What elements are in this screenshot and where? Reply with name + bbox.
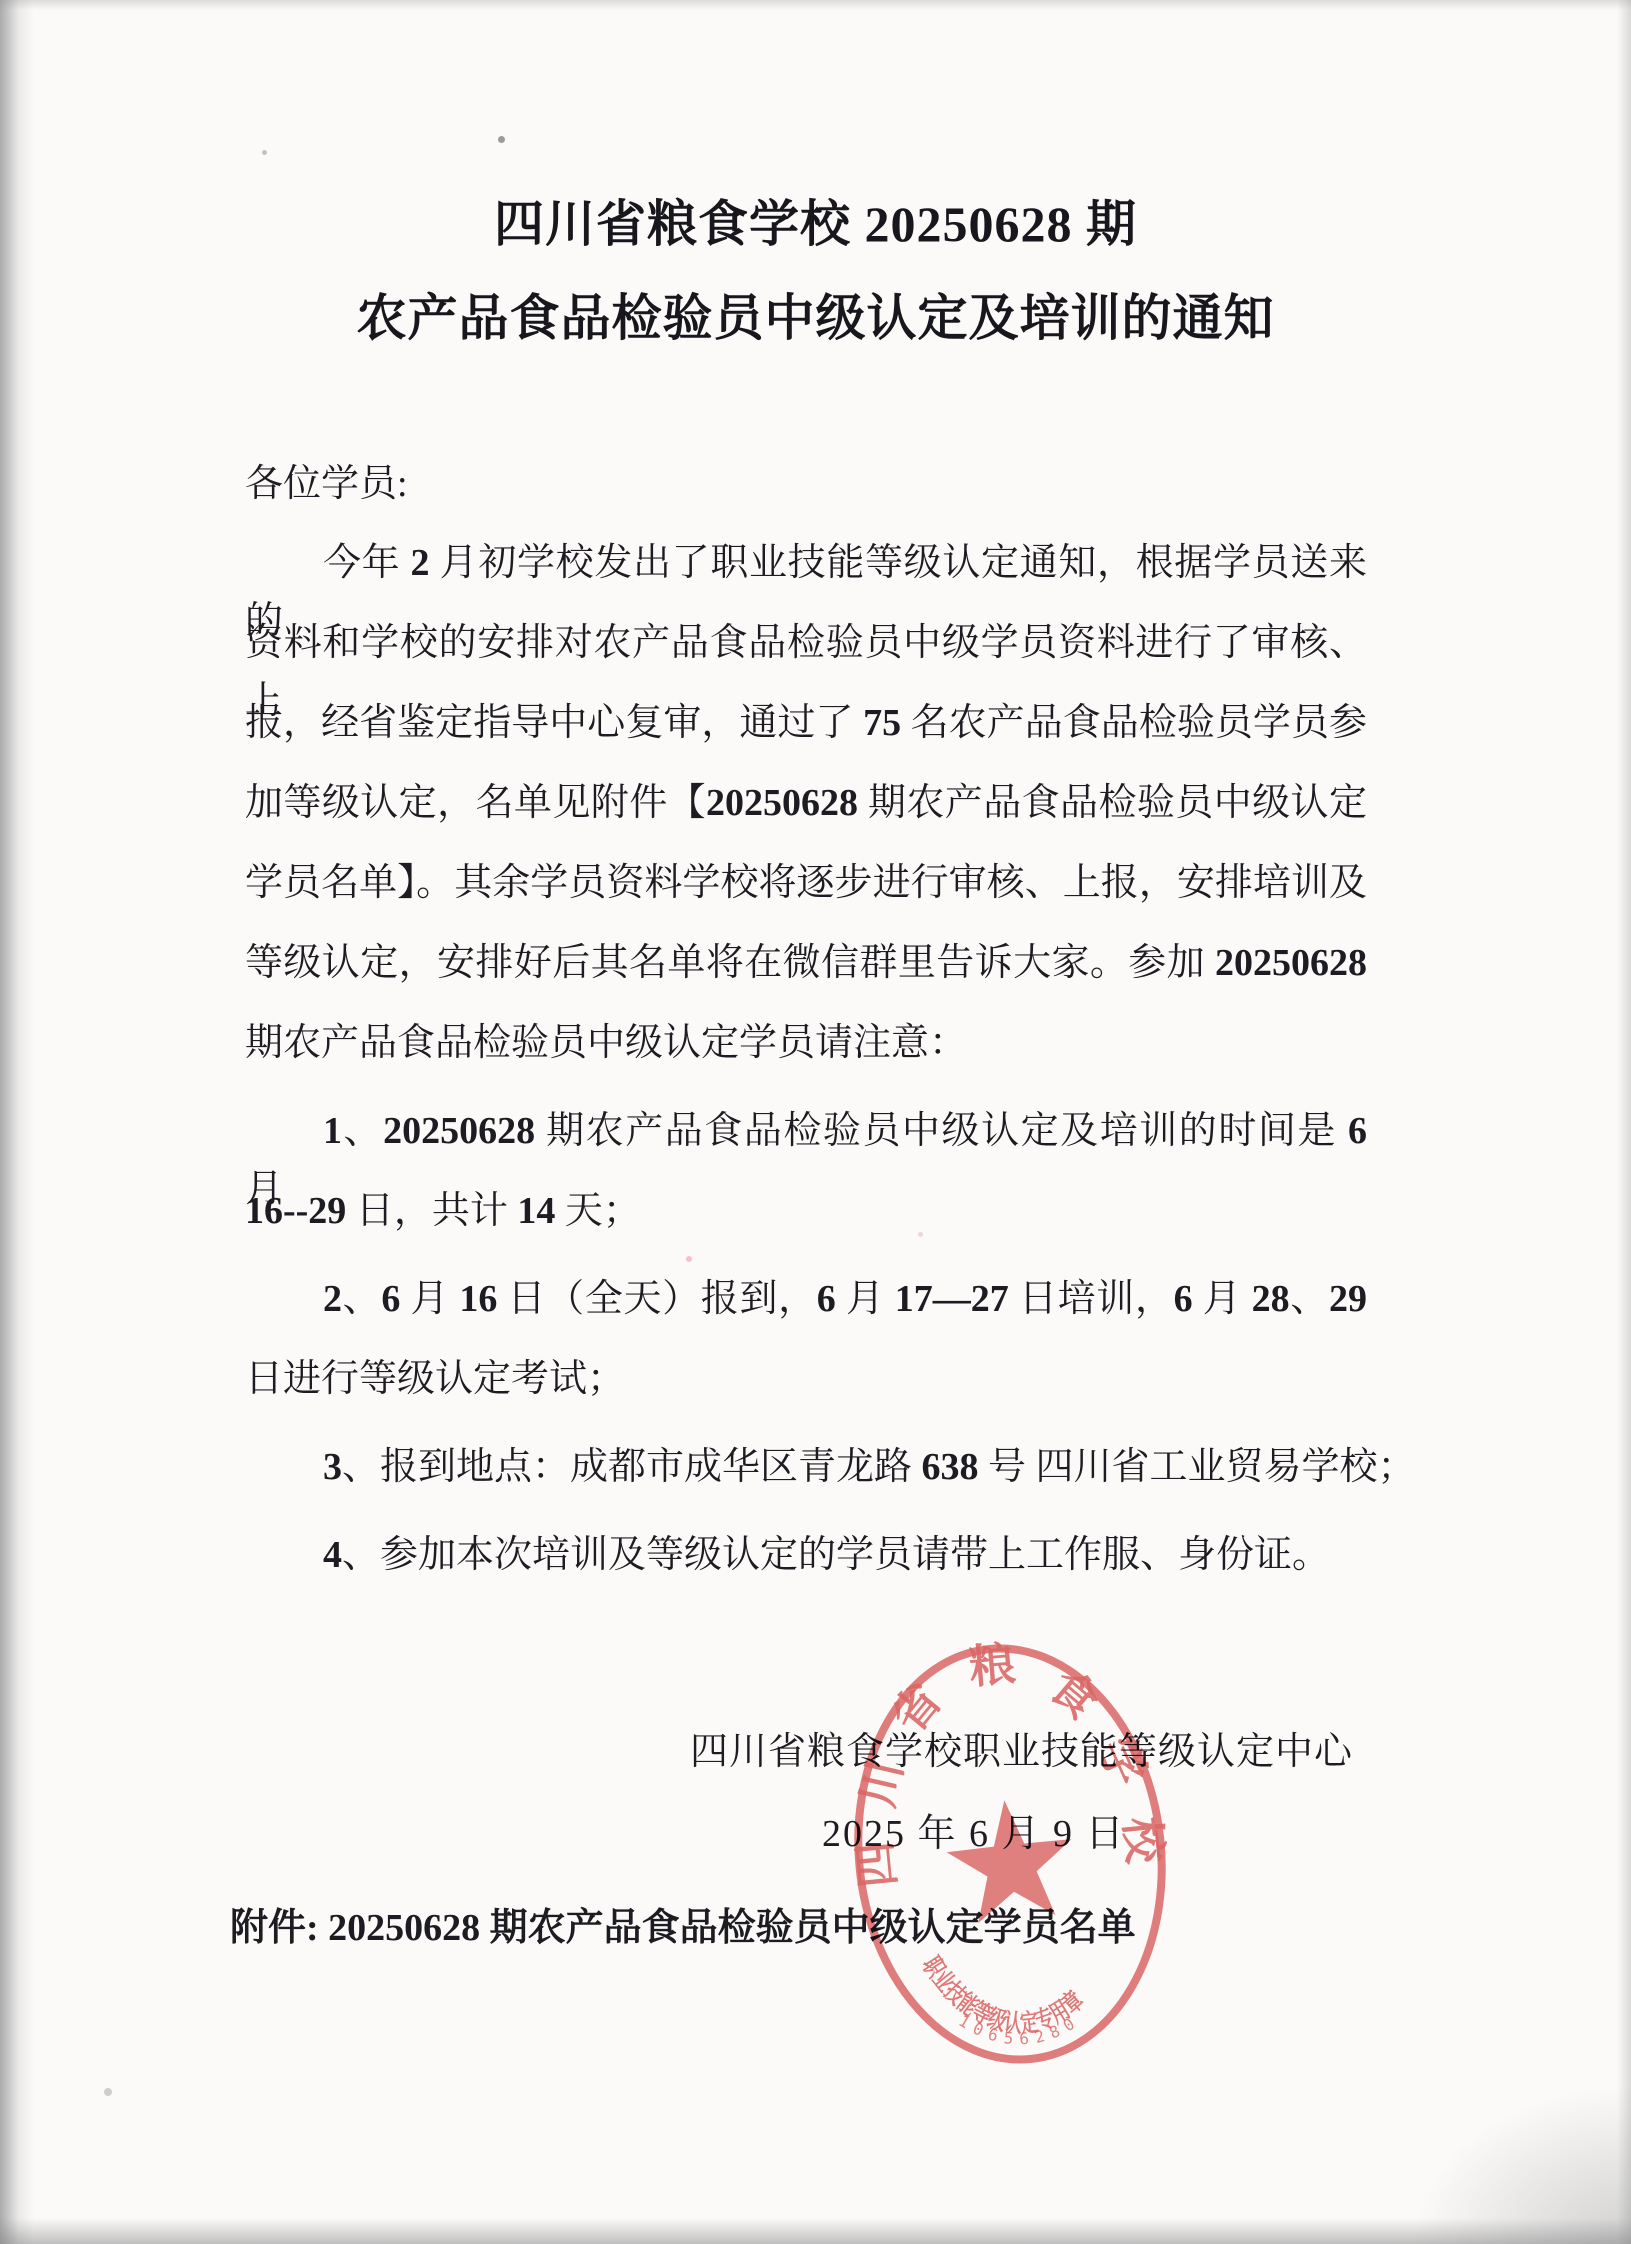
- title-line-2: 农产品食品检验员中级认定及培训的通知: [0, 286, 1631, 350]
- body-line: 1、20250628 期农产品食品检验员中级认定及培训的时间是 6 月: [245, 1102, 1367, 1182]
- issue-date: 2025 年 6 月 9 日: [822, 1802, 1126, 1857]
- body-lines: 今年 2 月初学校发出了职业技能等级认定通知，根据学员送来的资料和学校的安排对农…: [245, 534, 1367, 1606]
- body-line: 日进行等级认定考试；: [245, 1350, 1367, 1430]
- body-line: 4、参加本次培训及等级认定的学员请带上工作服、身份证。: [245, 1526, 1367, 1606]
- body-line: 加等级认定，名单见附件【20250628 期农产品食品检验员中级认定: [245, 774, 1367, 854]
- body-line: 2、6 月 16 日（全天）报到，6 月 17—27 日培训，6 月 28、29: [245, 1270, 1367, 1350]
- scan-speck: [104, 2088, 112, 2096]
- body-line: 等级认定，安排好后其名单将在微信群里告诉大家。参加 20250628: [245, 934, 1367, 1014]
- document-title: 四川省粮食学校 20250628 期 农产品食品检验员中级认定及培训的通知: [0, 192, 1631, 350]
- salutation: 各位学员:: [245, 452, 408, 507]
- scan-corner-shadow: [1411, 2084, 1631, 2244]
- scanned-notice-page: 四川省粮食学校 20250628 期 农产品食品检验员中级认定及培训的通知 各位…: [0, 0, 1631, 2244]
- body-line: 16--29 日，共计 14 天；: [245, 1182, 1367, 1262]
- body-line: 今年 2 月初学校发出了职业技能等级认定通知，根据学员送来的: [245, 534, 1367, 614]
- body-line: 3、报到地点：成都市成华区青龙路 638 号 四川省工业贸易学校；: [245, 1438, 1367, 1518]
- issuer-signature: 四川省粮食学校职业技能等级认定中心: [690, 1720, 1353, 1775]
- scan-edge-shadow-bottom: [0, 2218, 1631, 2244]
- body-line: 资料和学校的安排对农产品食品检验员中级学员资料进行了审核、上: [245, 614, 1367, 694]
- body-line: 报，经省鉴定指导中心复审，通过了 75 名农产品食品检验员学员参: [245, 694, 1367, 774]
- title-line-1: 四川省粮食学校 20250628 期: [0, 192, 1631, 256]
- seal-serial-number: 10656280: [954, 1999, 1086, 2056]
- scan-edge-shadow-top: [0, 0, 1631, 10]
- scan-speck: [498, 136, 505, 143]
- attachment-line: 附件: 20250628 期农产品食品检验员中级认定学员名单: [230, 1896, 1136, 1951]
- scan-speck: [262, 150, 267, 155]
- seal-bottom-text: 职业技能等级认定专用章: [915, 1937, 1091, 2048]
- body-line: 期农产品食品检验员中级认定学员请注意：: [245, 1014, 1367, 1094]
- body-line: 学员名单】。其余学员资料学校将逐步进行审核、上报，安排培训及: [245, 854, 1367, 934]
